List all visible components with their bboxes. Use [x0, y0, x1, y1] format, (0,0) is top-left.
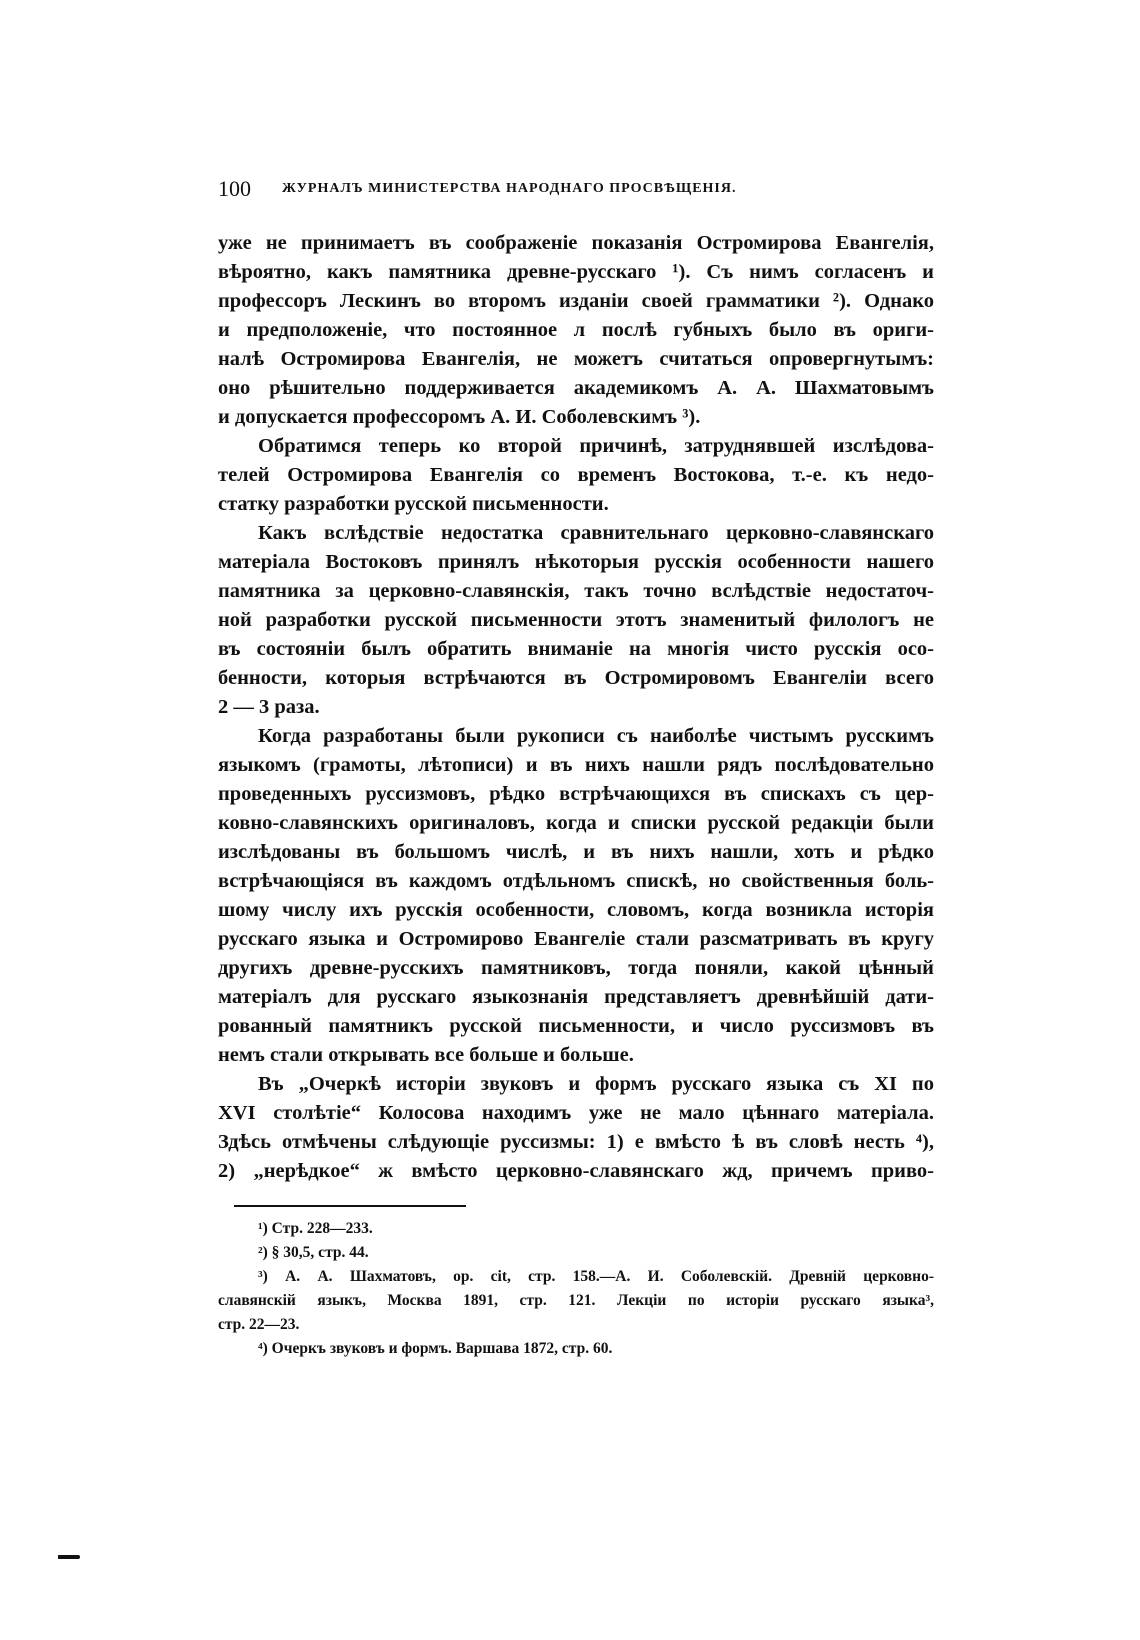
text-line: оно рѣшительно поддерживается академиком…	[218, 375, 934, 401]
text-line: XVI столѣтіе“ Колосова находимъ уже не м…	[218, 1100, 934, 1126]
footnote-2: ²) § 30,5, стр. 44.	[258, 1242, 369, 1264]
page-number: 100	[218, 176, 251, 202]
text-line: языкомъ (грамоты, лѣтописи) и въ нихъ на…	[218, 752, 934, 778]
text-line: другихъ древне-русскихъ памятниковъ, тог…	[218, 955, 934, 981]
text-line: проведенныхъ руссизмовъ, рѣдко встрѣчающ…	[218, 781, 934, 807]
footnote-separator	[234, 1205, 466, 1207]
text-line: и допускается профессоромъ А. И. Соболев…	[218, 404, 934, 430]
text-line: уже не принимаетъ въ соображеніе показан…	[218, 230, 934, 256]
text-line: статку разработки русской письменности.	[218, 491, 934, 517]
text-line: въ состояніи былъ обратить вниманіе на м…	[218, 636, 934, 662]
paragraph-start: Когда разработаны были рукописи съ наибо…	[218, 723, 934, 749]
text-line: вѣроятно, какъ памятника древне-русскаго…	[218, 259, 934, 285]
footnote-3: ³) А. А. Шахматовъ, op. cit, стр. 158.—А…	[258, 1266, 934, 1288]
paragraph-start: Обратимся теперь ко второй причинѣ, затр…	[218, 433, 934, 459]
footnote-1: ¹) Стр. 228—233.	[258, 1218, 373, 1240]
paragraph-start: Въ „Очеркѣ исторіи звуковъ и формъ русск…	[218, 1071, 934, 1097]
text-line: рованный памятникъ русской письменности,…	[218, 1013, 934, 1039]
page-header: 100 ЖУРНАЛЪ МИНИСТЕРСТВА НАРОДНАГО ПРОСВ…	[218, 176, 934, 206]
text-line: встрѣчающіяся въ каждомъ отдѣльномъ спис…	[218, 868, 934, 894]
text-line: бенности, которыя встрѣчаются въ Остроми…	[218, 665, 934, 691]
running-title: ЖУРНАЛЪ МИНИСТЕРСТВА НАРОДНАГО ПРОСВѢЩЕН…	[282, 181, 736, 197]
text-line: профессоръ Лескинъ во второмъ изданіи св…	[218, 288, 934, 314]
footnote-3-cont: славянскій языкъ, Москва 1891, стр. 121.…	[218, 1290, 934, 1312]
text-line: 2) „нерѣдкое“ ж вмѣсто церковно-славянск…	[218, 1158, 934, 1184]
text-line: налѣ Остромирова Евангелія, не можетъ сч…	[218, 346, 934, 372]
footnote-4: ⁴) Очеркъ звуковъ и формъ. Варшава 1872,…	[258, 1338, 612, 1360]
text-line: и предположеніе, что постоянное л послѣ …	[218, 317, 934, 343]
text-line: телей Остромирова Евангелія со временъ В…	[218, 462, 934, 488]
text-line: памятника за церковно-славянскія, такъ т…	[218, 578, 934, 604]
text-line: 2 — 3 раза.	[218, 694, 934, 720]
text-line: Здѣсь отмѣчены слѣдующіе руссизмы: 1) е …	[218, 1129, 934, 1155]
scan-mark	[58, 1555, 80, 1559]
paragraph-start: Какъ вслѣдствіе недостатка сравнительнаг…	[218, 520, 934, 546]
text-line: матеріала Востоковъ принялъ нѣкоторыя ру…	[218, 549, 934, 575]
text-line: немъ стали открывать все больше и больше…	[218, 1042, 934, 1068]
text-line: русскаго языка и Остромирово Евангеліе с…	[218, 926, 934, 952]
text-line: ковно-славянскихъ оригиналовъ, когда и с…	[218, 810, 934, 836]
footnote-3-cont: стр. 22—23.	[218, 1314, 299, 1336]
text-line: шому числу ихъ русскія особенности, слов…	[218, 897, 934, 923]
text-line: матеріалъ для русскаго языкознанія предс…	[218, 984, 934, 1010]
text-line: изслѣдованы въ большомъ числѣ, и въ нихъ…	[218, 839, 934, 865]
text-line: ной разработки русской письменности этот…	[218, 607, 934, 633]
